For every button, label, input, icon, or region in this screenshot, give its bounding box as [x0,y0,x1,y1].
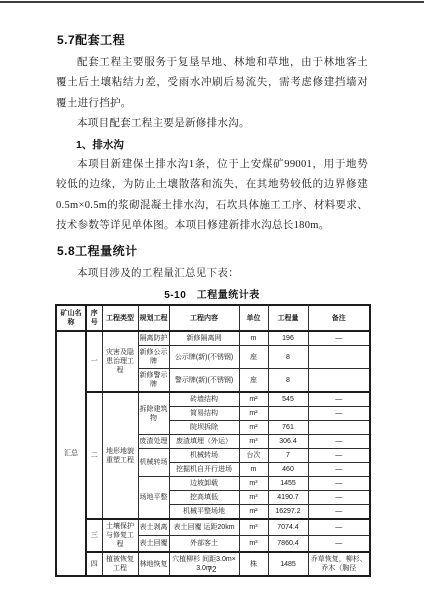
content-cell: 挖高填低 [169,491,239,505]
qty-cell: 306.4 [268,435,308,449]
qty-cell: 196 [268,331,308,346]
plan-cell: 拆除建筑物 [138,392,169,435]
note-cell [308,421,370,435]
content-cell: 边坡卸载 [169,477,239,491]
content-cell: 挖掘机自开行进场 [169,463,239,477]
unit-cell: 座 [239,369,268,393]
content-cell: 新修隔离网 [169,331,239,346]
type-cell: 地形地貌重塑工程 [102,392,138,519]
note-cell: — [308,449,370,463]
unit-cell: m² [239,392,268,407]
sub-heading-drainage-ditch: 1、排水沟 [55,135,369,155]
paragraph-retaining-wall: 配套工程主要服务于复垦旱地、林地和草地，由于林地客土覆土后土壤粘结力差，受雨水冲… [55,53,369,114]
content-cell: 废渣填埋（外运） [169,435,239,449]
header-cell: 工程内容 [169,305,239,331]
note-cell: — [308,331,370,346]
header-cell: 工程类型 [102,305,138,331]
unit-cell: m³ [239,519,268,536]
header-cell: 序号 [86,305,102,331]
page-number: 72 [0,565,424,574]
note-cell: — [308,505,370,520]
content-cell: 简易结构 [169,407,239,421]
header-cell: 矿山名称 [56,305,86,331]
project-table-body: 汇总一灾害及隐患治理工程隔离防护新修隔离网m196—新修公示牌公示牌(新)(不锈… [56,331,370,576]
qty-cell: 460 [268,463,308,477]
table-row: 三土壤保护与修复工程表土剥离表土回覆 运距20kmm³7074.4— [56,519,370,536]
unit-cell: m² [239,421,268,435]
qty-cell: 7074.4 [268,519,308,536]
header-cell: 单位 [239,305,268,331]
quantity-statistics-table: 矿山名称序号工程类型规划工程工程内容单位工程量备注 汇总一灾害及隐患治理工程隔离… [55,304,371,577]
unit-cell: m [239,331,268,346]
type-cell: 土壤保护与修复工程 [102,519,138,552]
content-cell: 院坝拆除 [169,421,239,435]
qty-cell: 8 [268,346,308,369]
plan-cell: 机械转场 [138,449,169,477]
table-header-row: 矿山名称序号工程类型规划工程工程内容单位工程量备注 [56,305,370,331]
content-cell: 公示牌(新)(不锈钢) [169,346,239,369]
plan-cell: 新修警示牌 [138,369,169,393]
unit-cell: 台次 [239,449,268,463]
header-cell: 规划工程 [138,305,169,331]
section-heading-5-8: 5.8工程量统计 [57,242,369,259]
document-page: 5.7配套工程 配套工程主要服务于复垦旱地、林地和草地，由于林地客土覆土后土壤粘… [0,0,424,600]
unit-cell: m [239,463,268,477]
section-heading-5-7: 5.7配套工程 [57,31,369,48]
unit-cell: m³ [239,536,268,553]
seq-cell: 一 [86,331,102,392]
paragraph-drainage-detail: 本项目新建保土排水沟1条，位于上安煤矿99001，用于地势较低的边缘，为防止土壤… [55,155,369,237]
note-cell: — [308,536,370,553]
note-cell: — [308,392,370,407]
seq-cell: 二 [86,392,102,519]
note-cell: — [308,519,370,536]
plan-cell: 废渣处理 [138,435,169,449]
content-cell: 机械转场 [169,449,239,463]
unit-cell: m² [239,505,268,520]
table-row: 汇总一灾害及隐患治理工程隔离防护新修隔离网m196— [56,331,370,346]
seq-cell: 三 [86,519,102,552]
note-cell: — [308,435,370,449]
table-head: 矿山名称序号工程类型规划工程工程内容单位工程量备注 [56,305,370,331]
content-cell: 外部客土 [169,536,239,553]
unit-cell: m² [239,407,268,421]
page-top-edge [0,1,424,3]
header-cell: 备注 [308,305,370,331]
document-content: 5.7配套工程 配套工程主要服务于复垦旱地、林地和草地，由于林地客土覆土后土壤粘… [0,0,424,577]
content-cell: 警示牌(新)(不锈钢) [169,369,239,393]
table-row: 二地形地貌重塑工程拆除建筑物砖墙结构m²545— [56,392,370,407]
unit-cell: m³ [239,435,268,449]
header-cell: 工程量 [268,305,308,331]
qty-cell: 16297.2 [268,505,308,520]
qty-cell [268,407,308,421]
content-cell: 机械平整场地 [169,505,239,520]
mine-name-cell: 汇总 [56,331,86,576]
note-cell [308,346,370,369]
type-cell: 灾害及隐患治理工程 [102,331,138,392]
qty-cell: 7860.4 [268,536,308,553]
note-cell: — [308,407,370,421]
note-cell: — [308,477,370,491]
unit-cell: m³ [239,477,268,491]
unit-cell: 座 [239,346,268,369]
plan-cell: 隔离防护 [138,331,169,346]
qty-cell: 8 [268,369,308,393]
table-title: 5-10 工程量统计表 [55,286,369,301]
qty-cell: 1455 [268,477,308,491]
unit-cell: m³ [239,491,268,505]
note-cell: — [308,463,370,477]
paragraph-quantity-summary: 本项目涉及的工程量汇总见下表： [55,264,369,284]
qty-cell: 4190.7 [268,491,308,505]
qty-cell: 761 [268,421,308,435]
plan-cell: 表土剥离 [138,519,169,536]
content-cell: 砖墙结构 [169,392,239,407]
content-cell: 表土回覆 运距20km [169,519,239,536]
qty-cell: 7 [268,449,308,463]
paragraph-drainage-intro: 本项目配套工程主要是新修排水沟。 [55,114,369,134]
qty-cell: 545 [268,392,308,407]
plan-cell: 场地平整 [138,477,169,520]
note-cell [308,369,370,393]
plan-cell: 表土回覆 [138,536,169,553]
note-cell: — [308,491,370,505]
plan-cell: 新修公示牌 [138,346,169,369]
